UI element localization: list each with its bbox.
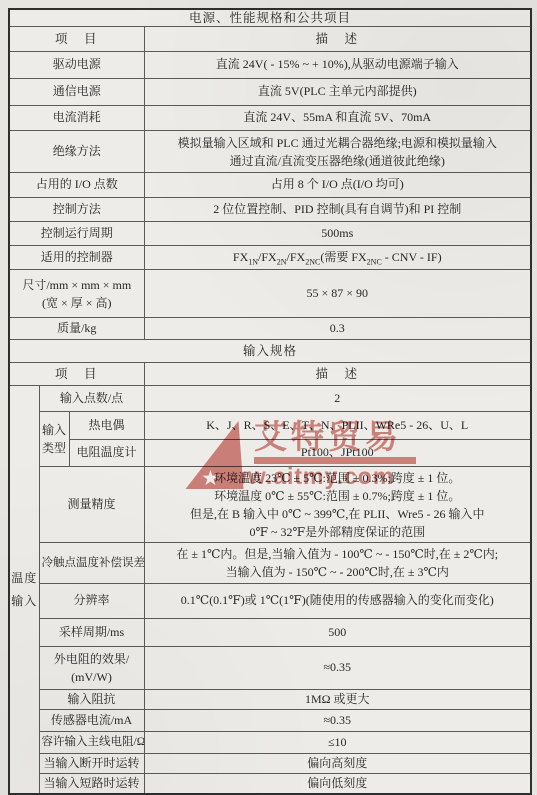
cold-junction-line-1: 在 ± 1℃内。但是,当输入值为 - 100℃ ~ - 150℃时,在 ± 2℃… bbox=[147, 545, 529, 563]
desc-cell-line-resistance: ≤10 bbox=[144, 732, 531, 754]
item-cell-dimensions: 尺寸/mm × mm × mm (宽 × 厚 × 高) bbox=[9, 270, 144, 318]
desc-cell-cold-junction: 在 ± 1℃内。但是,当输入值为 - 100℃ ~ - 150℃时,在 ± 2℃… bbox=[144, 543, 531, 584]
desc-cell-accuracy: 环境温度 23℃ ± 5℃:范围 ± 0.3%;跨度 ± 1 位。 环境温度 0… bbox=[144, 467, 531, 543]
table-row: 电源、性能规格和公共项目 bbox=[9, 9, 531, 27]
desc-cell-open-input: 偏向高刻度 bbox=[144, 754, 531, 774]
desc-cell-io-points: 占用 8 个 I/O 点(I/O 均可) bbox=[144, 173, 531, 198]
accuracy-line-4: 0℉ ~ 32℉是外部精度保证的范围 bbox=[147, 523, 529, 541]
table-row: 温度 输入 输入点数/点 2 bbox=[9, 386, 531, 412]
table-row: 输入 类型 热电偶 K、J、R、S、E、T、N、PLII、WRe5 - 26、U… bbox=[9, 412, 531, 440]
item-cell-weight: 质量/kg bbox=[9, 318, 144, 340]
item-cell-cold-junction: 冷触点温度补偿误差 bbox=[39, 543, 144, 584]
item-cell-control-cycle: 控制运行周期 bbox=[9, 222, 144, 246]
table-row: 当输入断开时运转 偏向高刻度 bbox=[9, 754, 531, 774]
table-row: 项 目 描 述 bbox=[9, 363, 531, 386]
item-cell-resolution: 分辨率 bbox=[39, 584, 144, 619]
item-cell-open-input: 当输入断开时运转 bbox=[39, 754, 144, 774]
table-row: 分辨率 0.1℃(0.1℉)或 1℃(1℉)(随使用的传感器输入的变化而变化) bbox=[9, 584, 531, 619]
table-row: 当输入短路时运转 偏向低刻度 bbox=[9, 774, 531, 794]
insulation-line-2: 通过直流/直流变压器绝缘(通道彼此绝缘) bbox=[147, 152, 529, 170]
ext-resistance-line-1: 外电阻的效果/ bbox=[42, 650, 142, 668]
controller-text: FX bbox=[233, 250, 248, 264]
desc-cell-control-cycle: 500ms bbox=[144, 222, 531, 246]
table-row: 适用的控制器 FX1N/FX2N/FX2NC(需要 FX2NC - CNV - … bbox=[9, 246, 531, 270]
controller-sub: 2N bbox=[277, 257, 287, 266]
table-row: 通信电源 直流 5V(PLC 主单元内部提供) bbox=[9, 79, 531, 106]
desc-cell-controller: FX1N/FX2N/FX2NC(需要 FX2NC - CNV - IF) bbox=[144, 246, 531, 270]
controller-text: /FX bbox=[287, 250, 306, 264]
controller-text: (需要 FX bbox=[320, 250, 366, 264]
controller-sub: 1N bbox=[248, 257, 258, 266]
table-row: 绝缘方法 模拟量输入区域和 PLC 通过光耦合器绝缘;电源和模拟量输入 通过直流… bbox=[9, 131, 531, 173]
accuracy-line-1: 环境温度 23℃ ± 5℃:范围 ± 0.3%;跨度 ± 1 位。 bbox=[147, 469, 529, 487]
item-cell-input-type: 输入 类型 bbox=[39, 412, 69, 467]
accuracy-line-2: 环境温度 0℃ ± 55℃:范围 ± 0.7%;跨度 ± 1 位。 bbox=[147, 487, 529, 505]
desc-cell-dimensions: 55 × 87 × 90 bbox=[144, 270, 531, 318]
table-row: 容许输入主线电阻/Ω ≤10 bbox=[9, 732, 531, 754]
desc-cell-control-method: 2 位位置控制、PID 控制(具有自调节)和 PI 控制 bbox=[144, 198, 531, 222]
table-row: 控制运行周期 500ms bbox=[9, 222, 531, 246]
table-row: 占用的 I/O 点数 占用 8 个 I/O 点(I/O 均可) bbox=[9, 173, 531, 198]
item-cell-sampling: 采样周期/ms bbox=[39, 619, 144, 647]
table-row: 驱动电源 直流 24V( - 15% ~ + 10%),从驱动电源端子输入 bbox=[9, 52, 531, 79]
item-cell-line-resistance: 容许输入主线电阻/Ω bbox=[39, 732, 144, 754]
controller-sub: 2NC bbox=[367, 257, 382, 266]
desc-cell-rtd: Pt100、JPt100 bbox=[144, 440, 531, 467]
input-type-line-1: 输入 bbox=[42, 421, 67, 439]
section2-title: 输入规格 bbox=[9, 340, 531, 363]
item-cell-thermocouple: 热电偶 bbox=[69, 412, 144, 440]
controller-text: - CNV - IF) bbox=[382, 250, 442, 264]
dimensions-label-line-2: (宽 × 厚 × 高) bbox=[12, 294, 142, 312]
section1-header-item: 项 目 bbox=[9, 27, 144, 52]
accuracy-line-3: 但是,在 B 输入中 0℃ ~ 399℃,在 PLII、Wre5 - 26 输入… bbox=[147, 505, 529, 523]
ext-resistance-line-2: (mV/W) bbox=[42, 668, 142, 686]
desc-cell-weight: 0.3 bbox=[144, 318, 531, 340]
table-row: 冷触点温度补偿误差 在 ± 1℃内。但是,当输入值为 - 100℃ ~ - 15… bbox=[9, 543, 531, 584]
table-row: 外电阻的效果/ (mV/W) ≈0.35 bbox=[9, 647, 531, 690]
desc-cell-sampling: 500 bbox=[144, 619, 531, 647]
desc-cell-thermocouple: K、J、R、S、E、T、N、PLII、WRe5 - 26、U、L bbox=[144, 412, 531, 440]
desc-cell-input-points: 2 bbox=[144, 386, 531, 412]
item-cell-drive-power: 驱动电源 bbox=[9, 52, 144, 79]
item-cell-comm-power: 通信电源 bbox=[9, 79, 144, 106]
desc-cell-current-consumption: 直流 24V、55mA 和直流 5V、70mA bbox=[144, 106, 531, 131]
item-cell-accuracy: 测量精度 bbox=[39, 467, 144, 543]
section2-header-desc: 描 述 bbox=[144, 363, 531, 386]
item-cell-io-points: 占用的 I/O 点数 bbox=[9, 173, 144, 198]
side-label-temperature-input: 温度 输入 bbox=[9, 386, 39, 794]
insulation-line-1: 模拟量输入区域和 PLC 通过光耦合器绝缘;电源和模拟量输入 bbox=[147, 134, 529, 152]
section2-header-item: 项 目 bbox=[9, 363, 144, 386]
item-cell-rtd: 电阻温度计 bbox=[69, 440, 144, 467]
table-row: 电流消耗 直流 24V、55mA 和直流 5V、70mA bbox=[9, 106, 531, 131]
item-cell-input-points: 输入点数/点 bbox=[39, 386, 144, 412]
table-row: 质量/kg 0.3 bbox=[9, 318, 531, 340]
table-row: 输入规格 bbox=[9, 340, 531, 363]
side-label-line-1: 温度 bbox=[10, 567, 39, 590]
desc-cell-comm-power: 直流 5V(PLC 主单元内部提供) bbox=[144, 79, 531, 106]
item-cell-controller: 适用的控制器 bbox=[9, 246, 144, 270]
controller-sub: 2NC bbox=[305, 257, 320, 266]
table-row: 采样周期/ms 500 bbox=[9, 619, 531, 647]
dimensions-label-line-1: 尺寸/mm × mm × mm bbox=[12, 276, 142, 294]
table-row: 电阻温度计 Pt100、JPt100 bbox=[9, 440, 531, 467]
table-row: 测量精度 环境温度 23℃ ± 5℃:范围 ± 0.3%;跨度 ± 1 位。 环… bbox=[9, 467, 531, 543]
desc-cell-resolution: 0.1℃(0.1℉)或 1℃(1℉)(随使用的传感器输入的变化而变化) bbox=[144, 584, 531, 619]
item-cell-control-method: 控制方法 bbox=[9, 198, 144, 222]
item-cell-impedance: 输入阻抗 bbox=[39, 690, 144, 710]
item-cell-sensor-current: 传感器电流/mA bbox=[39, 710, 144, 732]
cold-junction-line-2: 当输入值为 - 150℃ ~ - 200℃时,在 ± 3℃内 bbox=[147, 563, 529, 581]
section1-header-desc: 描 述 bbox=[144, 27, 531, 52]
desc-cell-drive-power: 直流 24V( - 15% ~ + 10%),从驱动电源端子输入 bbox=[144, 52, 531, 79]
item-cell-ext-resistance: 外电阻的效果/ (mV/W) bbox=[39, 647, 144, 690]
controller-text: /FX bbox=[258, 250, 277, 264]
desc-cell-sensor-current: ≈0.35 bbox=[144, 710, 531, 732]
item-cell-short-input: 当输入短路时运转 bbox=[39, 774, 144, 794]
desc-cell-ext-resistance: ≈0.35 bbox=[144, 647, 531, 690]
desc-cell-impedance: 1MΩ 或更大 bbox=[144, 690, 531, 710]
table-row: 传感器电流/mA ≈0.35 bbox=[9, 710, 531, 732]
item-cell-insulation: 绝缘方法 bbox=[9, 131, 144, 173]
desc-cell-short-input: 偏向低刻度 bbox=[144, 774, 531, 794]
section1-title: 电源、性能规格和公共项目 bbox=[9, 9, 531, 27]
table-row: 控制方法 2 位位置控制、PID 控制(具有自调节)和 PI 控制 bbox=[9, 198, 531, 222]
input-type-line-2: 类型 bbox=[42, 439, 67, 457]
item-cell-current-consumption: 电流消耗 bbox=[9, 106, 144, 131]
side-label-line-2: 输入 bbox=[10, 590, 39, 613]
table-row: 输入阻抗 1MΩ 或更大 bbox=[9, 690, 531, 710]
spec-table: 电源、性能规格和公共项目 项 目 描 述 驱动电源 直流 24V( - 15% … bbox=[8, 8, 532, 795]
desc-cell-insulation: 模拟量输入区域和 PLC 通过光耦合器绝缘;电源和模拟量输入 通过直流/直流变压… bbox=[144, 131, 531, 173]
table-row: 尺寸/mm × mm × mm (宽 × 厚 × 高) 55 × 87 × 90 bbox=[9, 270, 531, 318]
table-row: 项 目 描 述 bbox=[9, 27, 531, 52]
